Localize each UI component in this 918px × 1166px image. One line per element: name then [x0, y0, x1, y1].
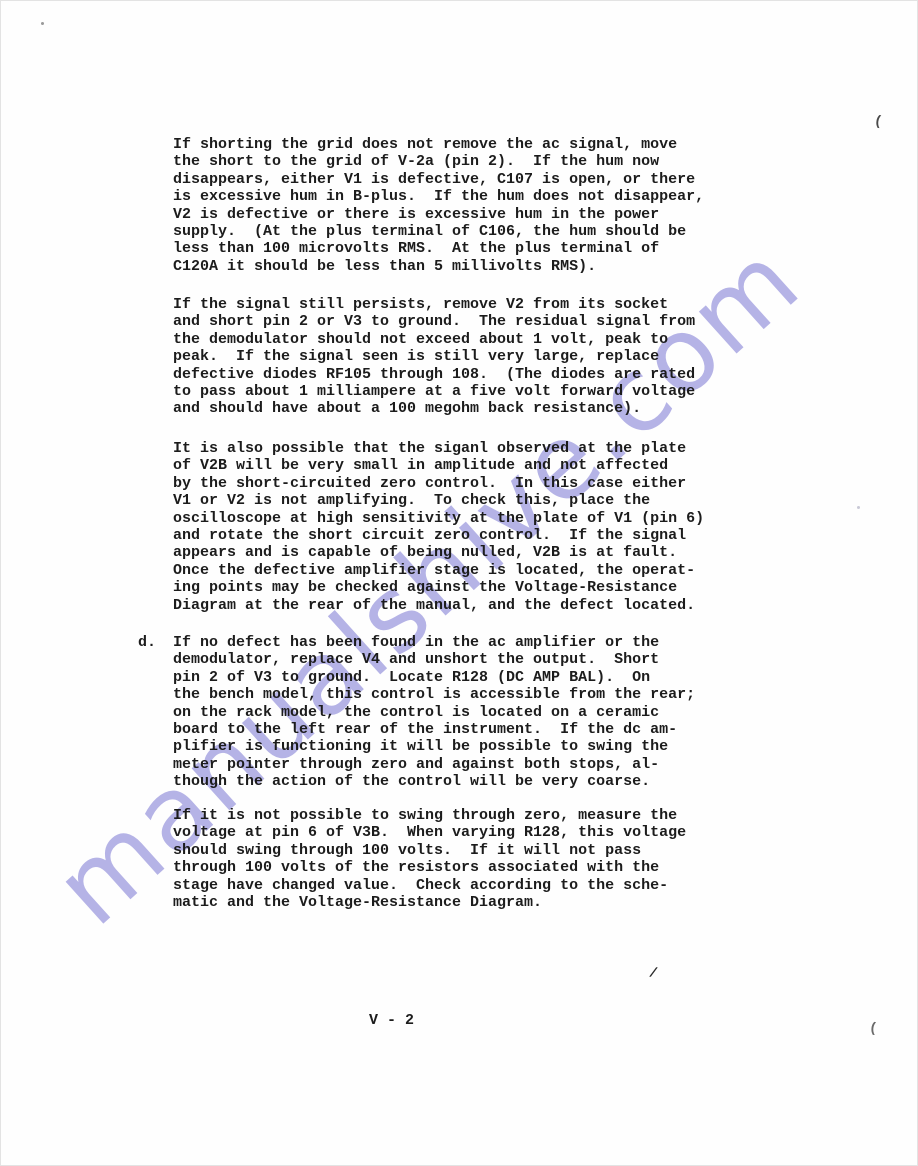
scan-artifact-bottom-right: ( — [868, 1022, 878, 1037]
scan-artifact-apostrophe: / — [648, 966, 658, 981]
paragraph-signal-persists: If the signal still persists, remove V2 … — [173, 296, 695, 418]
scanned-manual-page: manualshive.com If shorting the grid doe… — [0, 0, 918, 1166]
paragraph-item-d-dc-amplifier: If no defect has been found in the ac am… — [173, 634, 695, 791]
paragraph-small-signal: It is also possible that the siganl obse… — [173, 440, 704, 614]
paragraph-troubleshoot-hum: If shorting the grid does not remove the… — [173, 136, 704, 275]
scan-speck-top-left — [41, 22, 44, 25]
page-number: V - 2 — [369, 1012, 414, 1029]
scan-artifact-top-right: ( — [873, 114, 883, 129]
scan-speck-right-mid — [857, 506, 860, 509]
list-item-marker-d: d. — [138, 634, 156, 651]
paragraph-swing-through-zero: If it is not possible to swing through z… — [173, 807, 686, 911]
